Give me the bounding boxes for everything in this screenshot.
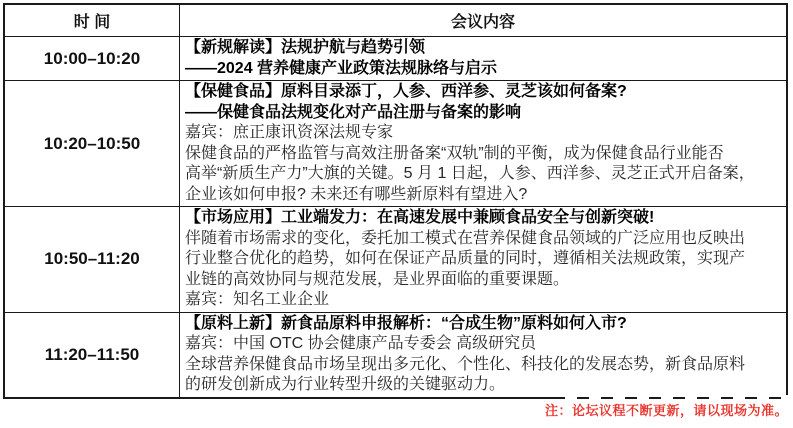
description-line: 高举“新质生产力”大旗的关键。5 月 1 日起，人参、西洋参、灵芝正式开启备案， <box>185 164 784 185</box>
header-time: 时 间 <box>5 5 180 36</box>
table-row: 10:00–10:20 【新规解读】法规护航与趋势引领 ——2024 营养健康产… <box>5 36 786 80</box>
description-line: 业链的高效协同与规范发展，是业界面临的重要课题。 <box>185 270 784 291</box>
time-cell: 10:50–11:20 <box>5 207 180 312</box>
time-cell: 10:00–10:20 <box>5 37 180 80</box>
content-cell: 【市场应用】工业端发力：在高速发展中兼顾食品安全与创新突破! 伴随着市场需求的变… <box>180 207 786 312</box>
speaker-line: 嘉宾：中国 OTC 协会健康产品专委会 高级研究员 <box>185 334 784 355</box>
time-cell: 10:20–10:50 <box>5 81 180 206</box>
table-header-row: 时 间 会议内容 <box>5 5 786 36</box>
session-title: 【原料上新】新食品原料申报解析：“合成生物”原料如何入市? <box>185 314 784 335</box>
table-row: 11:20–11:50 【原料上新】新食品原料申报解析：“合成生物”原料如何入市… <box>5 312 786 397</box>
session-subtitle: ——保健食品法规变化对产品注册与备案的影响 <box>185 103 784 124</box>
agenda-footnote: 注：论坛议程不断更新，请以现场为准。 <box>8 400 788 419</box>
description-line: 全球营养保健食品市场呈现出多元化、个性化、科技化的发展态势，新食品原料 <box>185 355 784 376</box>
header-content: 会议内容 <box>180 5 786 36</box>
session-title: 【新规解读】法规护航与趋势引领 <box>185 38 784 59</box>
session-title: 【保健食品】原料目录添丁，人参、西洋参、灵芝该如何备案? <box>185 82 784 103</box>
description-line: 保健食品的严格监管与高效注册备案“双轨”制的平衡，成为保健食品行业能否 <box>185 144 784 165</box>
speaker-line: 嘉宾：庶正康讯资深法规专家 <box>185 123 784 144</box>
content-cell: 【新规解读】法规护航与趋势引领 ——2024 营养健康产业政策法规脉络与启示 <box>180 37 786 80</box>
speaker-line: 嘉宾：知名工业企业 <box>185 290 784 311</box>
content-cell: 【原料上新】新食品原料申报解析：“合成生物”原料如何入市? 嘉宾：中国 OTC … <box>180 313 786 397</box>
time-cell: 11:20–11:50 <box>5 313 180 397</box>
content-cell: 【保健食品】原料目录添丁，人参、西洋参、灵芝该如何备案? ——保健食品法规变化对… <box>180 81 786 206</box>
description-line: 企业该如何申报? 未来还有哪些新原料有望进入? <box>185 185 784 206</box>
description-line: 行业整合优化的趋势，如何在保证产品质量的同时，遵循相关法规政策，实现产 <box>185 249 784 270</box>
agenda-table: 时 间 会议内容 10:00–10:20 【新规解读】法规护航与趋势引领 ——2… <box>3 3 788 399</box>
description-line: 伴随着市场需求的变化，委托加工模式在营养保健食品领域的广泛应用也反映出 <box>185 229 784 250</box>
session-title: 【市场应用】工业端发力：在高速发展中兼顾食品安全与创新突破! <box>185 208 784 229</box>
table-row: 10:20–10:50 【保健食品】原料目录添丁，人参、西洋参、灵芝该如何备案?… <box>5 80 786 206</box>
table-row: 10:50–11:20 【市场应用】工业端发力：在高速发展中兼顾食品安全与创新突… <box>5 206 786 312</box>
session-subtitle: ——2024 营养健康产业政策法规脉络与启示 <box>185 59 784 80</box>
description-line: 的研发创新成为行业转型升级的关键驱动力。 <box>185 375 784 396</box>
